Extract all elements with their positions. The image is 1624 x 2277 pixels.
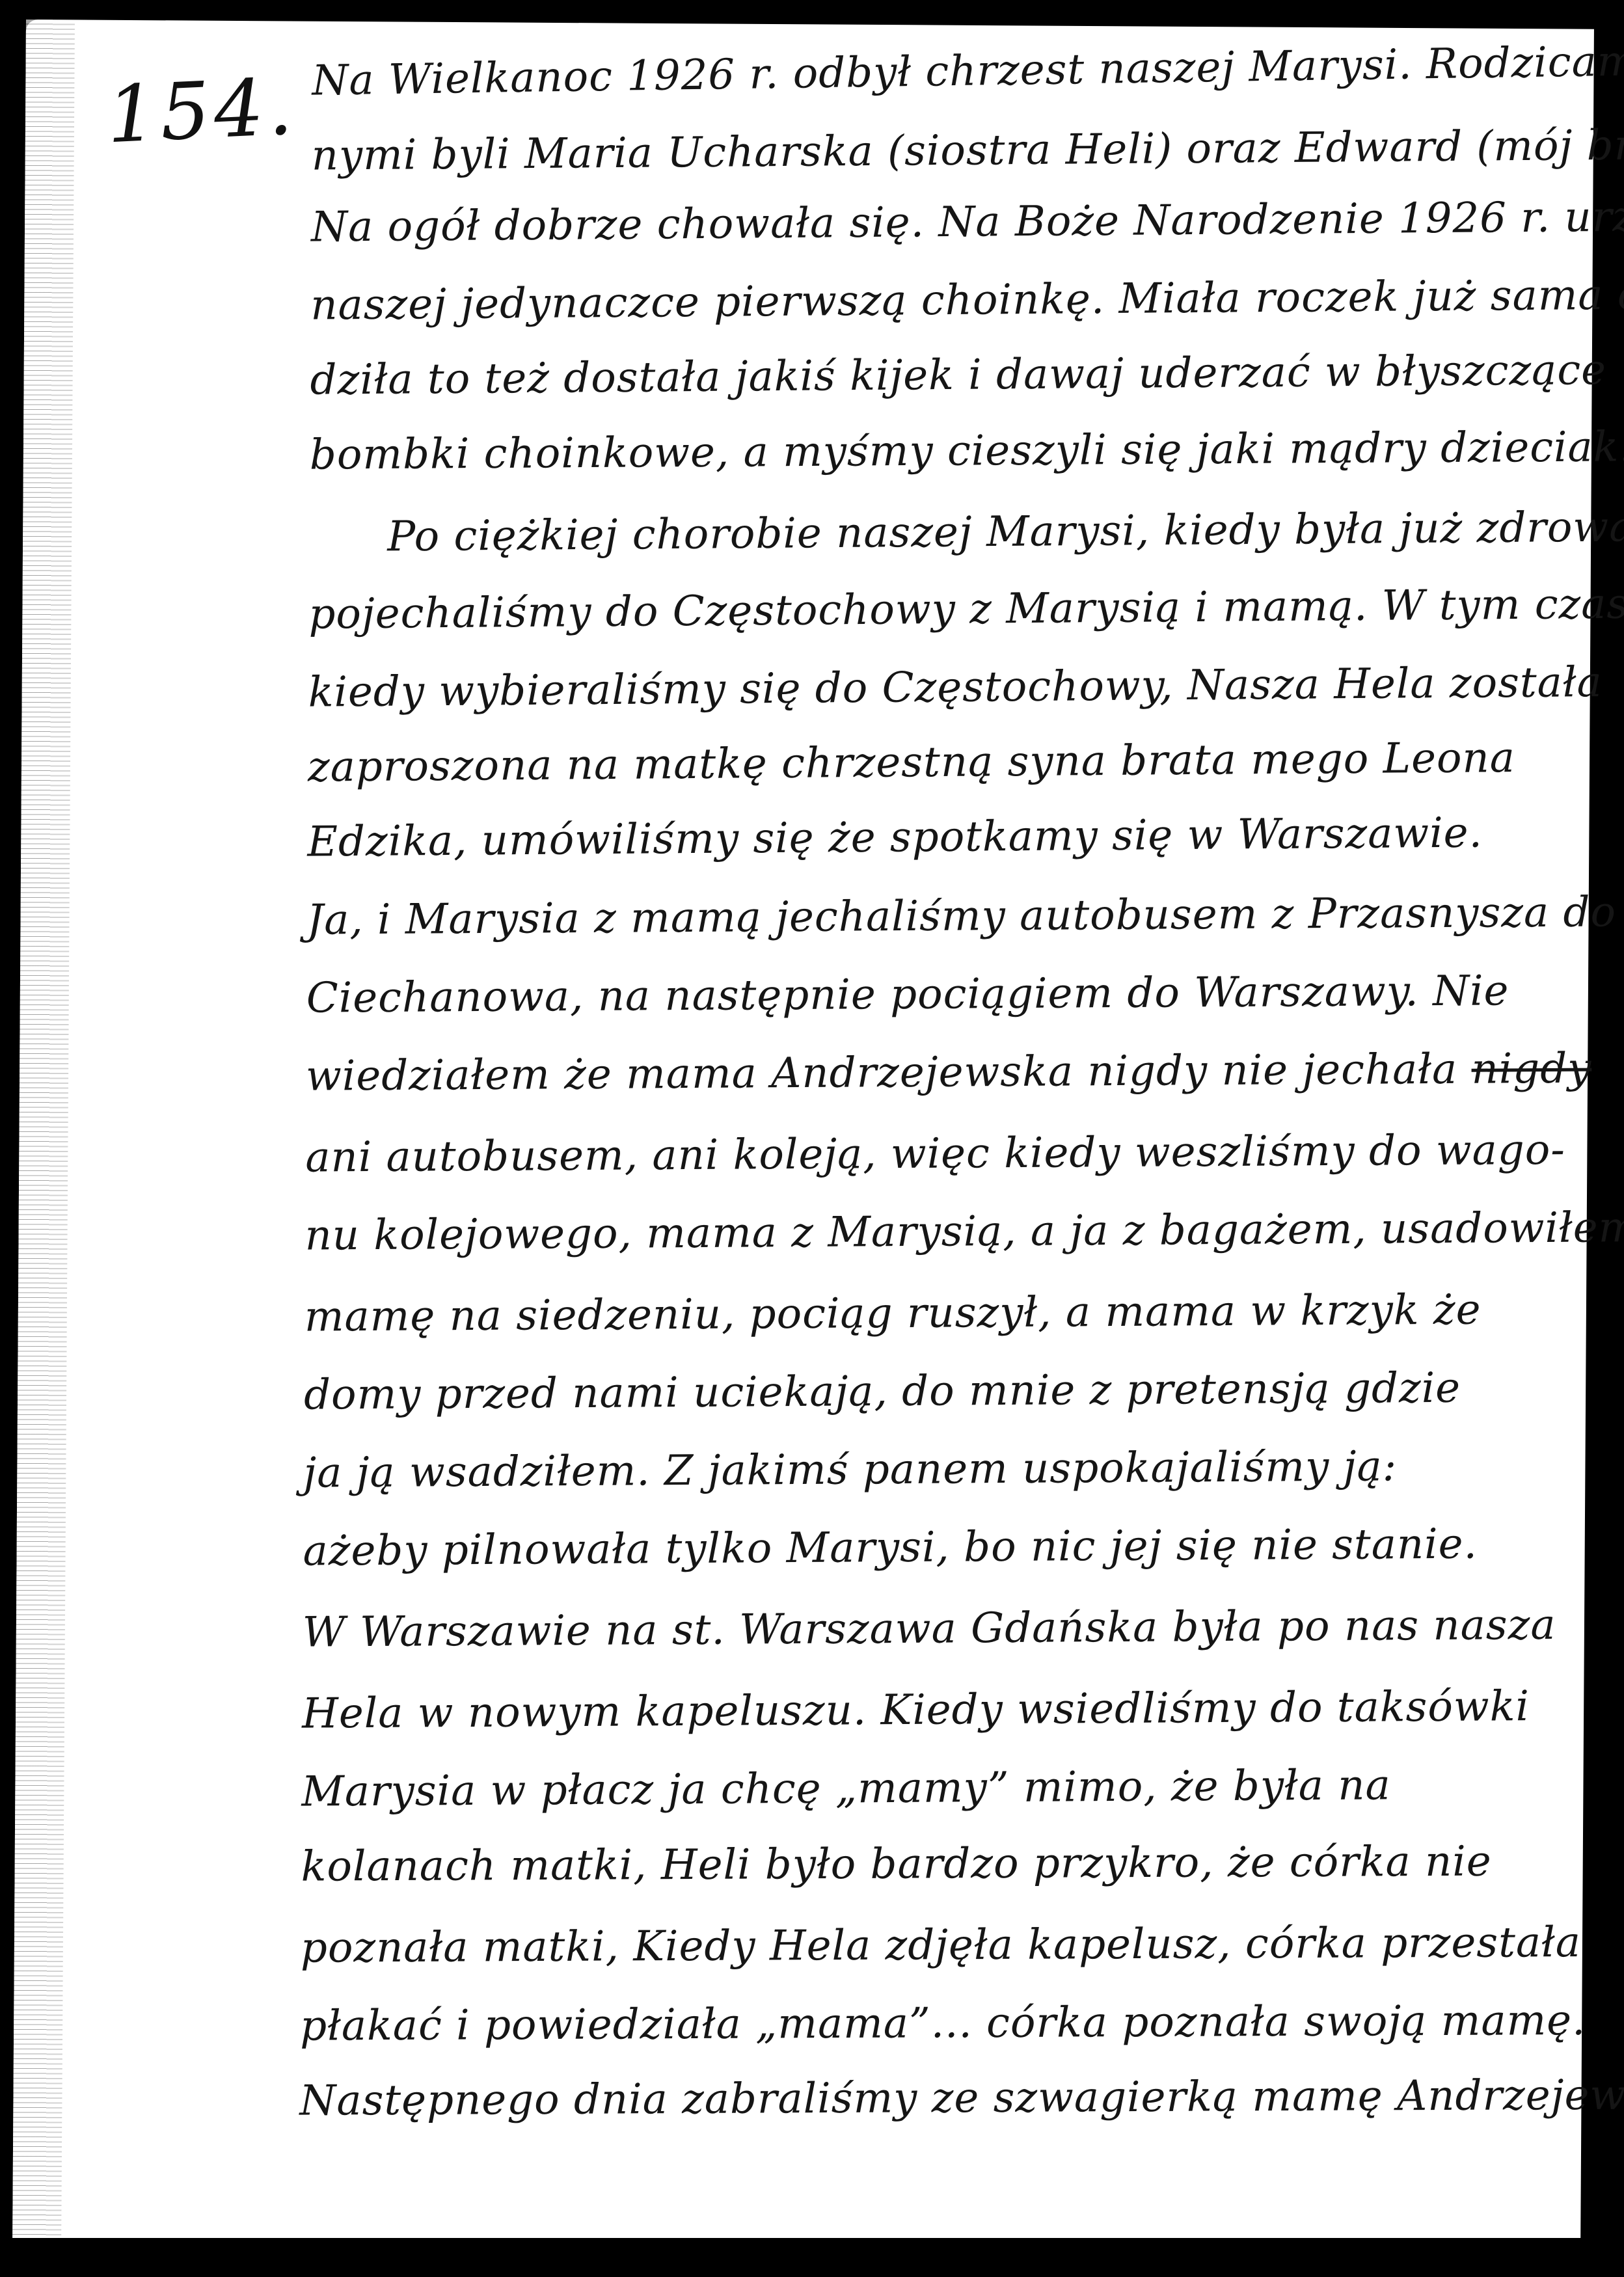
text-line: Ja, i Marysia z mamą jechaliśmy autobuse… [306, 889, 1562, 945]
text-line: kolanach matki, Heli było bardzo przykro… [301, 1837, 1557, 1891]
text-line: kiedy wybieraliśmy się do Częstochowy, N… [308, 659, 1564, 717]
text-line: ażeby pilnowała tylko Marysi, bo nic jej… [303, 1520, 1558, 1576]
text-line: W Warszawie na st. Warszawa Gdańska była… [303, 1601, 1558, 1657]
text-line: Na Wielkanoc 1926 r. odbył chrzest nasze… [312, 38, 1568, 105]
text-line: wiedziałem że mama Andrzejewska nigdy ni… [306, 1045, 1458, 1101]
text-line: poznała matki, Kiedy Hela zdjęła kapelus… [301, 1919, 1556, 1972]
text-line: ja ją wsadziłem. Z jakimś panem uspokaja… [303, 1442, 1559, 1498]
text-line: pojechaliśmy do Częstochowy z Marysią i … [308, 581, 1565, 639]
struck-word: nigdy [1471, 1045, 1591, 1094]
text-line: zaproszona na matkę chrzestną syna brata… [308, 734, 1564, 792]
text-line: ani autobusem, ani koleją, więc kiedy we… [305, 1126, 1561, 1182]
text-line: Po ciężkiej chorobie naszej Marysi, kied… [387, 504, 1565, 561]
page-binding-edge [12, 20, 75, 2257]
text-line: Hela w nowym kapeluszu. Kiedy wsiedliśmy… [302, 1682, 1558, 1738]
text-line: bombki choinkowe, a myśmy cieszyli się j… [310, 424, 1565, 479]
text-line: Ciechanowa, na następnie pociągiem do Wa… [306, 967, 1562, 1023]
text-line: Marysia w płacz ja chcę „mamy” mimo, że … [301, 1760, 1557, 1816]
text-line: nu kolejowego, mama z Marysią, a ja z ba… [304, 1204, 1560, 1260]
text-line: Edzika, umówiliśmy się że spotkamy się w… [307, 809, 1563, 867]
notebook-page: 154. Na Wielkanoc 1926 r. odbył chrzest … [12, 20, 1594, 2267]
text-line: naszej jedynaczce pierwszą choinkę. Miał… [310, 272, 1567, 330]
text-line-with-strikethrough: wiedziałem że mama Andrzejewska nigdy ni… [306, 1045, 1562, 1101]
page-number: 154. [105, 62, 298, 161]
text-line: mamę na siedzeniu, pociąg ruszył, a mama… [304, 1286, 1560, 1341]
text-line: nymi byli Maria Ucharska (siostra Heli) … [311, 122, 1567, 180]
text-line: domy przed nami uciekają, do mnie z pret… [304, 1364, 1560, 1420]
text-line: płakać i powiedziała „mama”... córka poz… [300, 1997, 1556, 2050]
scan-border [0, 2238, 1624, 2277]
text-line: dziła to też dostała jakiś kijek i dawaj… [310, 347, 1566, 405]
text-line: Następnego dnia zabraliśmy ze szwagierką… [299, 2071, 1555, 2125]
text-line: Na ogół dobrze chowała się. Na Boże Naro… [311, 194, 1567, 252]
